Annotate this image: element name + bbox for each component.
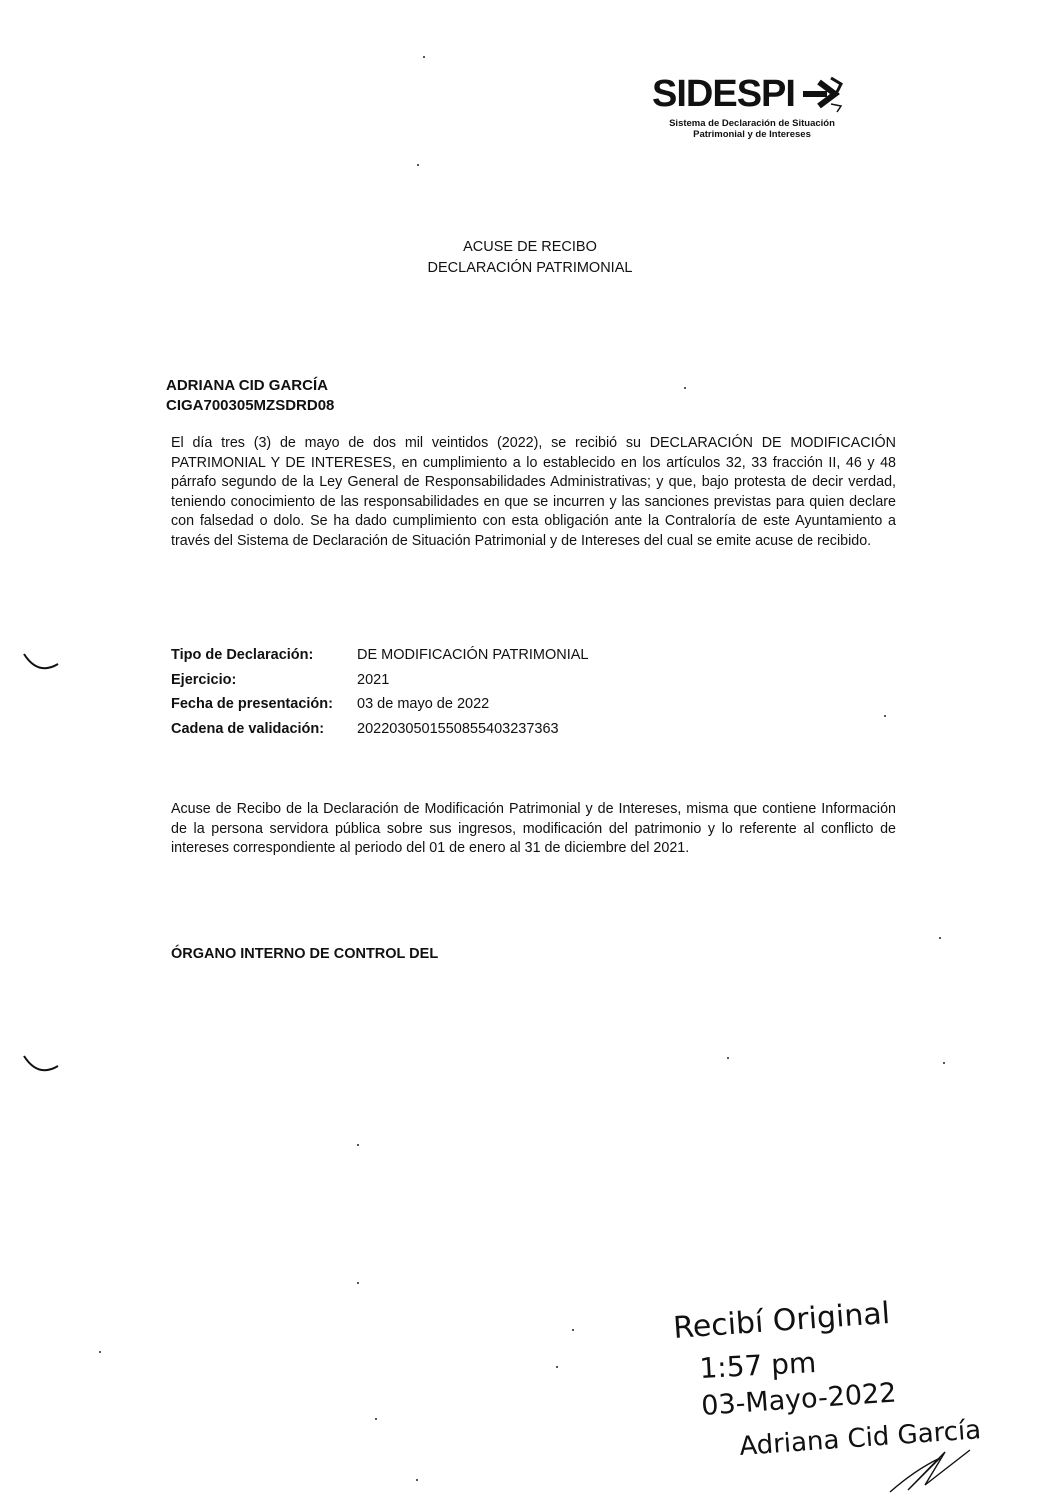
declarant-name: ADRIANA CID GARCÍA <box>166 376 334 396</box>
issuing-office: ÓRGANO INTERNO DE CONTROL DEL <box>171 946 438 962</box>
field-row: Tipo de Declaración: DE MODIFICACIÓN PAT… <box>171 643 588 668</box>
field-label: Cadena de validación: <box>171 717 357 742</box>
document-title: ACUSE DE RECIBO DECLARACIÓN PATRIMONIAL <box>300 237 760 279</box>
handwritten-annotation-icon: Recibí Original 1:57 pm 03-Mayo-2022 Adr… <box>640 1280 1058 1495</box>
declaration-fields: Tipo de Declaración: DE MODIFICACIÓN PAT… <box>171 643 588 741</box>
field-label: Ejercicio: <box>171 668 357 693</box>
field-value: 2021 <box>357 668 588 693</box>
punch-mark-icon <box>20 1052 64 1076</box>
handwritten-receipt-note: Recibí Original 1:57 pm 03-Mayo-2022 Adr… <box>640 1280 1058 1495</box>
declarant-rfc: CIGA700305MZSDRD08 <box>166 396 334 416</box>
field-row: Ejercicio: 2021 <box>171 668 588 693</box>
arrow-icon <box>801 74 845 114</box>
field-row: Fecha de presentación: 03 de mayo de 202… <box>171 692 588 717</box>
logo-subtitle-line1: Sistema de Declaración de Situación <box>652 118 852 129</box>
logo-wordmark: SIDESPI <box>652 74 795 114</box>
declarant-block: ADRIANA CID GARCÍA CIGA700305MZSDRD08 <box>166 376 334 416</box>
field-label: Tipo de Declaración: <box>171 643 357 668</box>
field-row: Cadena de validación: 202203050155085540… <box>171 717 588 742</box>
content-description-paragraph: Acuse de Recibo de la Declaración de Mod… <box>171 800 896 859</box>
svg-text:Adriana Cid García: Adriana Cid García <box>738 1415 982 1462</box>
receipt-paragraph: El día tres (3) de mayo de dos mil veint… <box>171 434 896 551</box>
svg-text:1:57 pm: 1:57 pm <box>699 1346 817 1385</box>
title-line1: ACUSE DE RECIBO <box>300 237 760 258</box>
sidespi-logo: SIDESPI Sistema de Declaración de Situac… <box>652 74 862 140</box>
svg-text:Recibí Original: Recibí Original <box>672 1296 891 1346</box>
field-value: 03 de mayo de 2022 <box>357 692 588 717</box>
punch-mark-icon <box>20 650 64 674</box>
svg-text:03-Mayo-2022: 03-Mayo-2022 <box>700 1377 897 1422</box>
field-value: 20220305015508554032373​63 <box>357 717 588 742</box>
field-label: Fecha de presentación: <box>171 692 357 717</box>
field-value: DE MODIFICACIÓN PATRIMONIAL <box>357 643 588 668</box>
title-line2: DECLARACIÓN PATRIMONIAL <box>300 258 760 279</box>
logo-subtitle-line2: Patrimonial y de Intereses <box>652 129 852 140</box>
logo-subtitle: Sistema de Declaración de Situación Patr… <box>652 118 852 140</box>
